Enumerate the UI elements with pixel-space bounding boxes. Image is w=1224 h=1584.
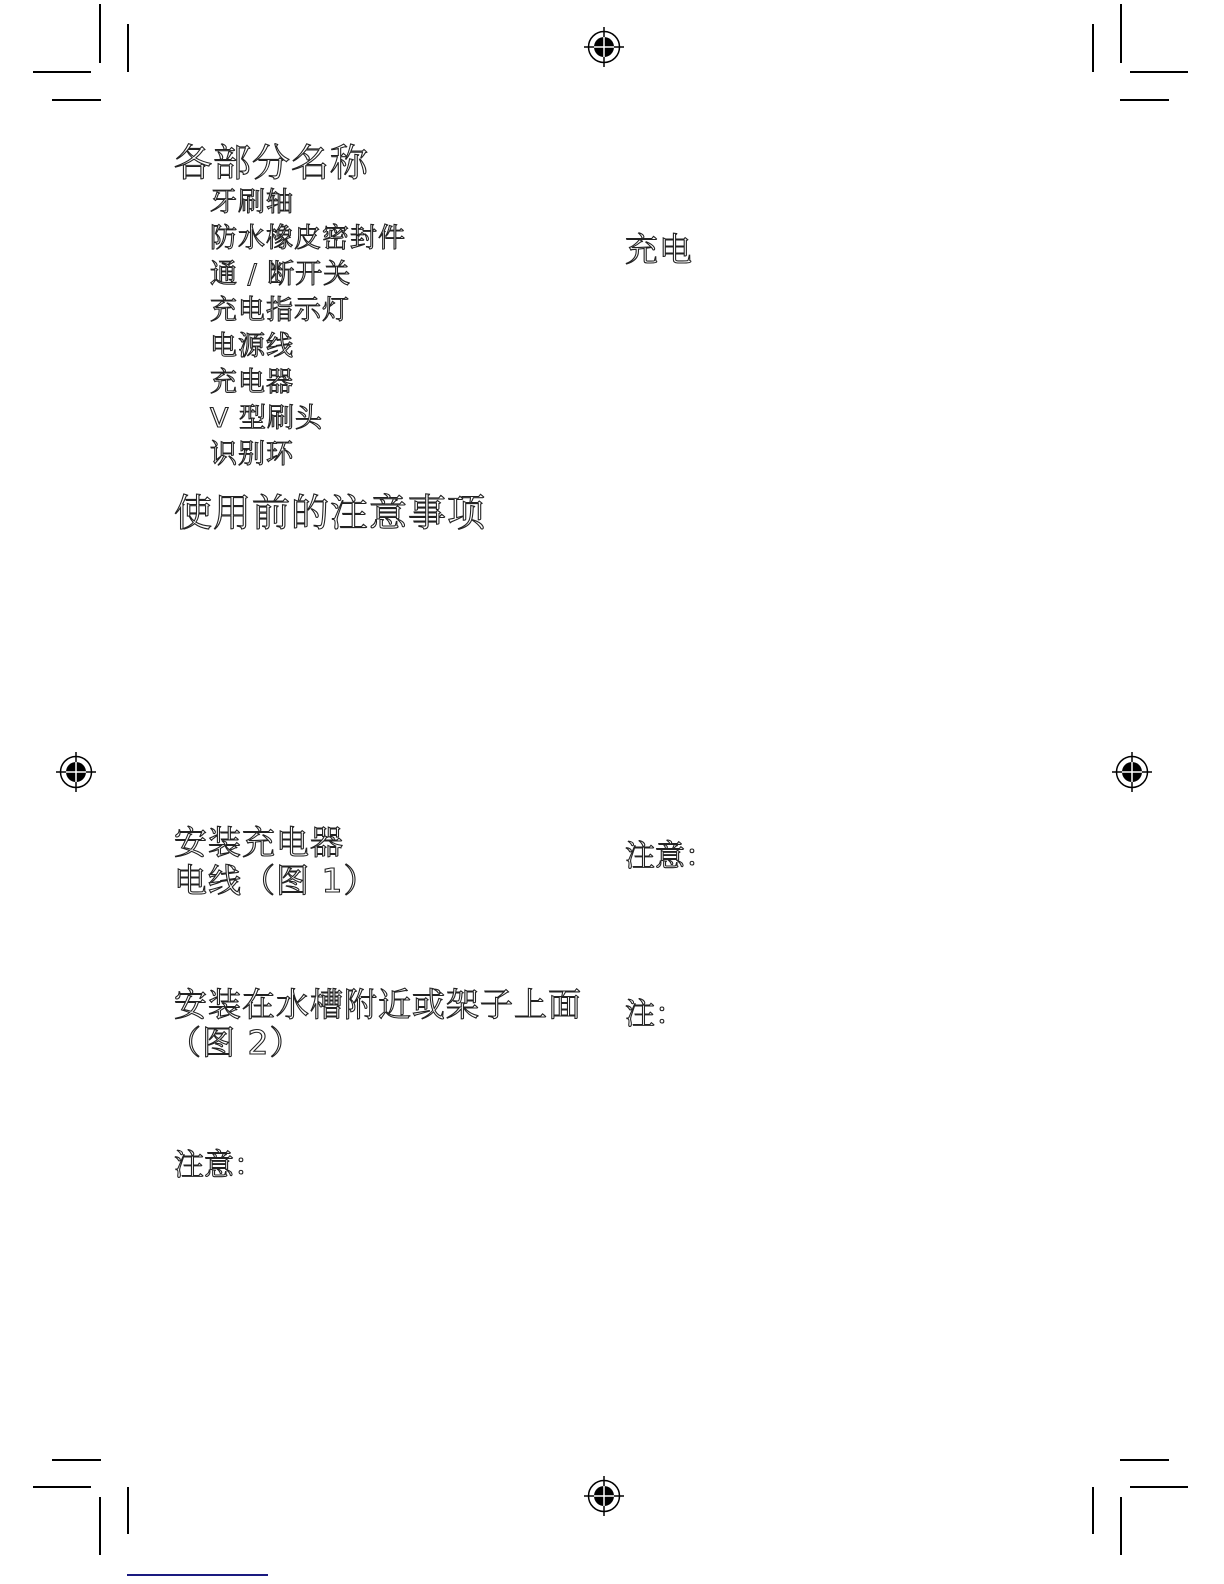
registration-mark-icon [582,25,626,69]
install-cord-heading-line2: 电线（图 1） [174,864,378,897]
crop-mark [127,24,129,72]
footer-rule [127,1574,268,1576]
crop-mark [52,99,101,101]
crop-mark [1120,1459,1169,1461]
registration-mark-icon [1110,750,1154,794]
crop-mark [1092,24,1094,72]
note-label: 注意： [174,1151,264,1181]
install-sink-heading-line2: （图 2） [168,1026,304,1059]
list-item: 防水橡皮密封件 [210,225,406,261]
crop-mark [33,71,91,73]
crop-mark [127,1487,129,1534]
install-cord-heading: 安装充电器 [174,826,344,859]
list-item: 充电指示灯 [210,297,350,333]
crop-mark [1120,99,1169,101]
list-item: 识别环 [210,441,294,477]
caution-label: 注意： [625,842,715,872]
registration-mark-icon [54,750,98,794]
parts-heading: 各部分名称 [174,144,369,182]
list-item: 电源线 [210,333,294,369]
precautions-heading: 使用前的注意事项 [174,494,486,532]
crop-mark [1130,1486,1188,1488]
crop-mark [33,1486,91,1488]
crop-mark [52,1459,101,1461]
note-label-right: 注： [625,1000,685,1030]
list-item: V 型刷头 [210,405,323,441]
charging-heading: 充电 [625,233,693,266]
list-item: 充电器 [210,369,294,405]
list-item: 通 / 断开关 [210,261,351,297]
list-item: 牙刷轴 [210,189,294,225]
crop-mark [1120,1497,1122,1555]
install-sink-heading: 安装在水槽附近或架子上面 [174,988,582,1021]
crop-mark [99,1497,101,1555]
registration-mark-icon [582,1474,626,1518]
crop-mark [1130,71,1188,73]
crop-mark [1120,4,1122,63]
crop-mark [99,4,101,63]
crop-mark [1092,1487,1094,1534]
